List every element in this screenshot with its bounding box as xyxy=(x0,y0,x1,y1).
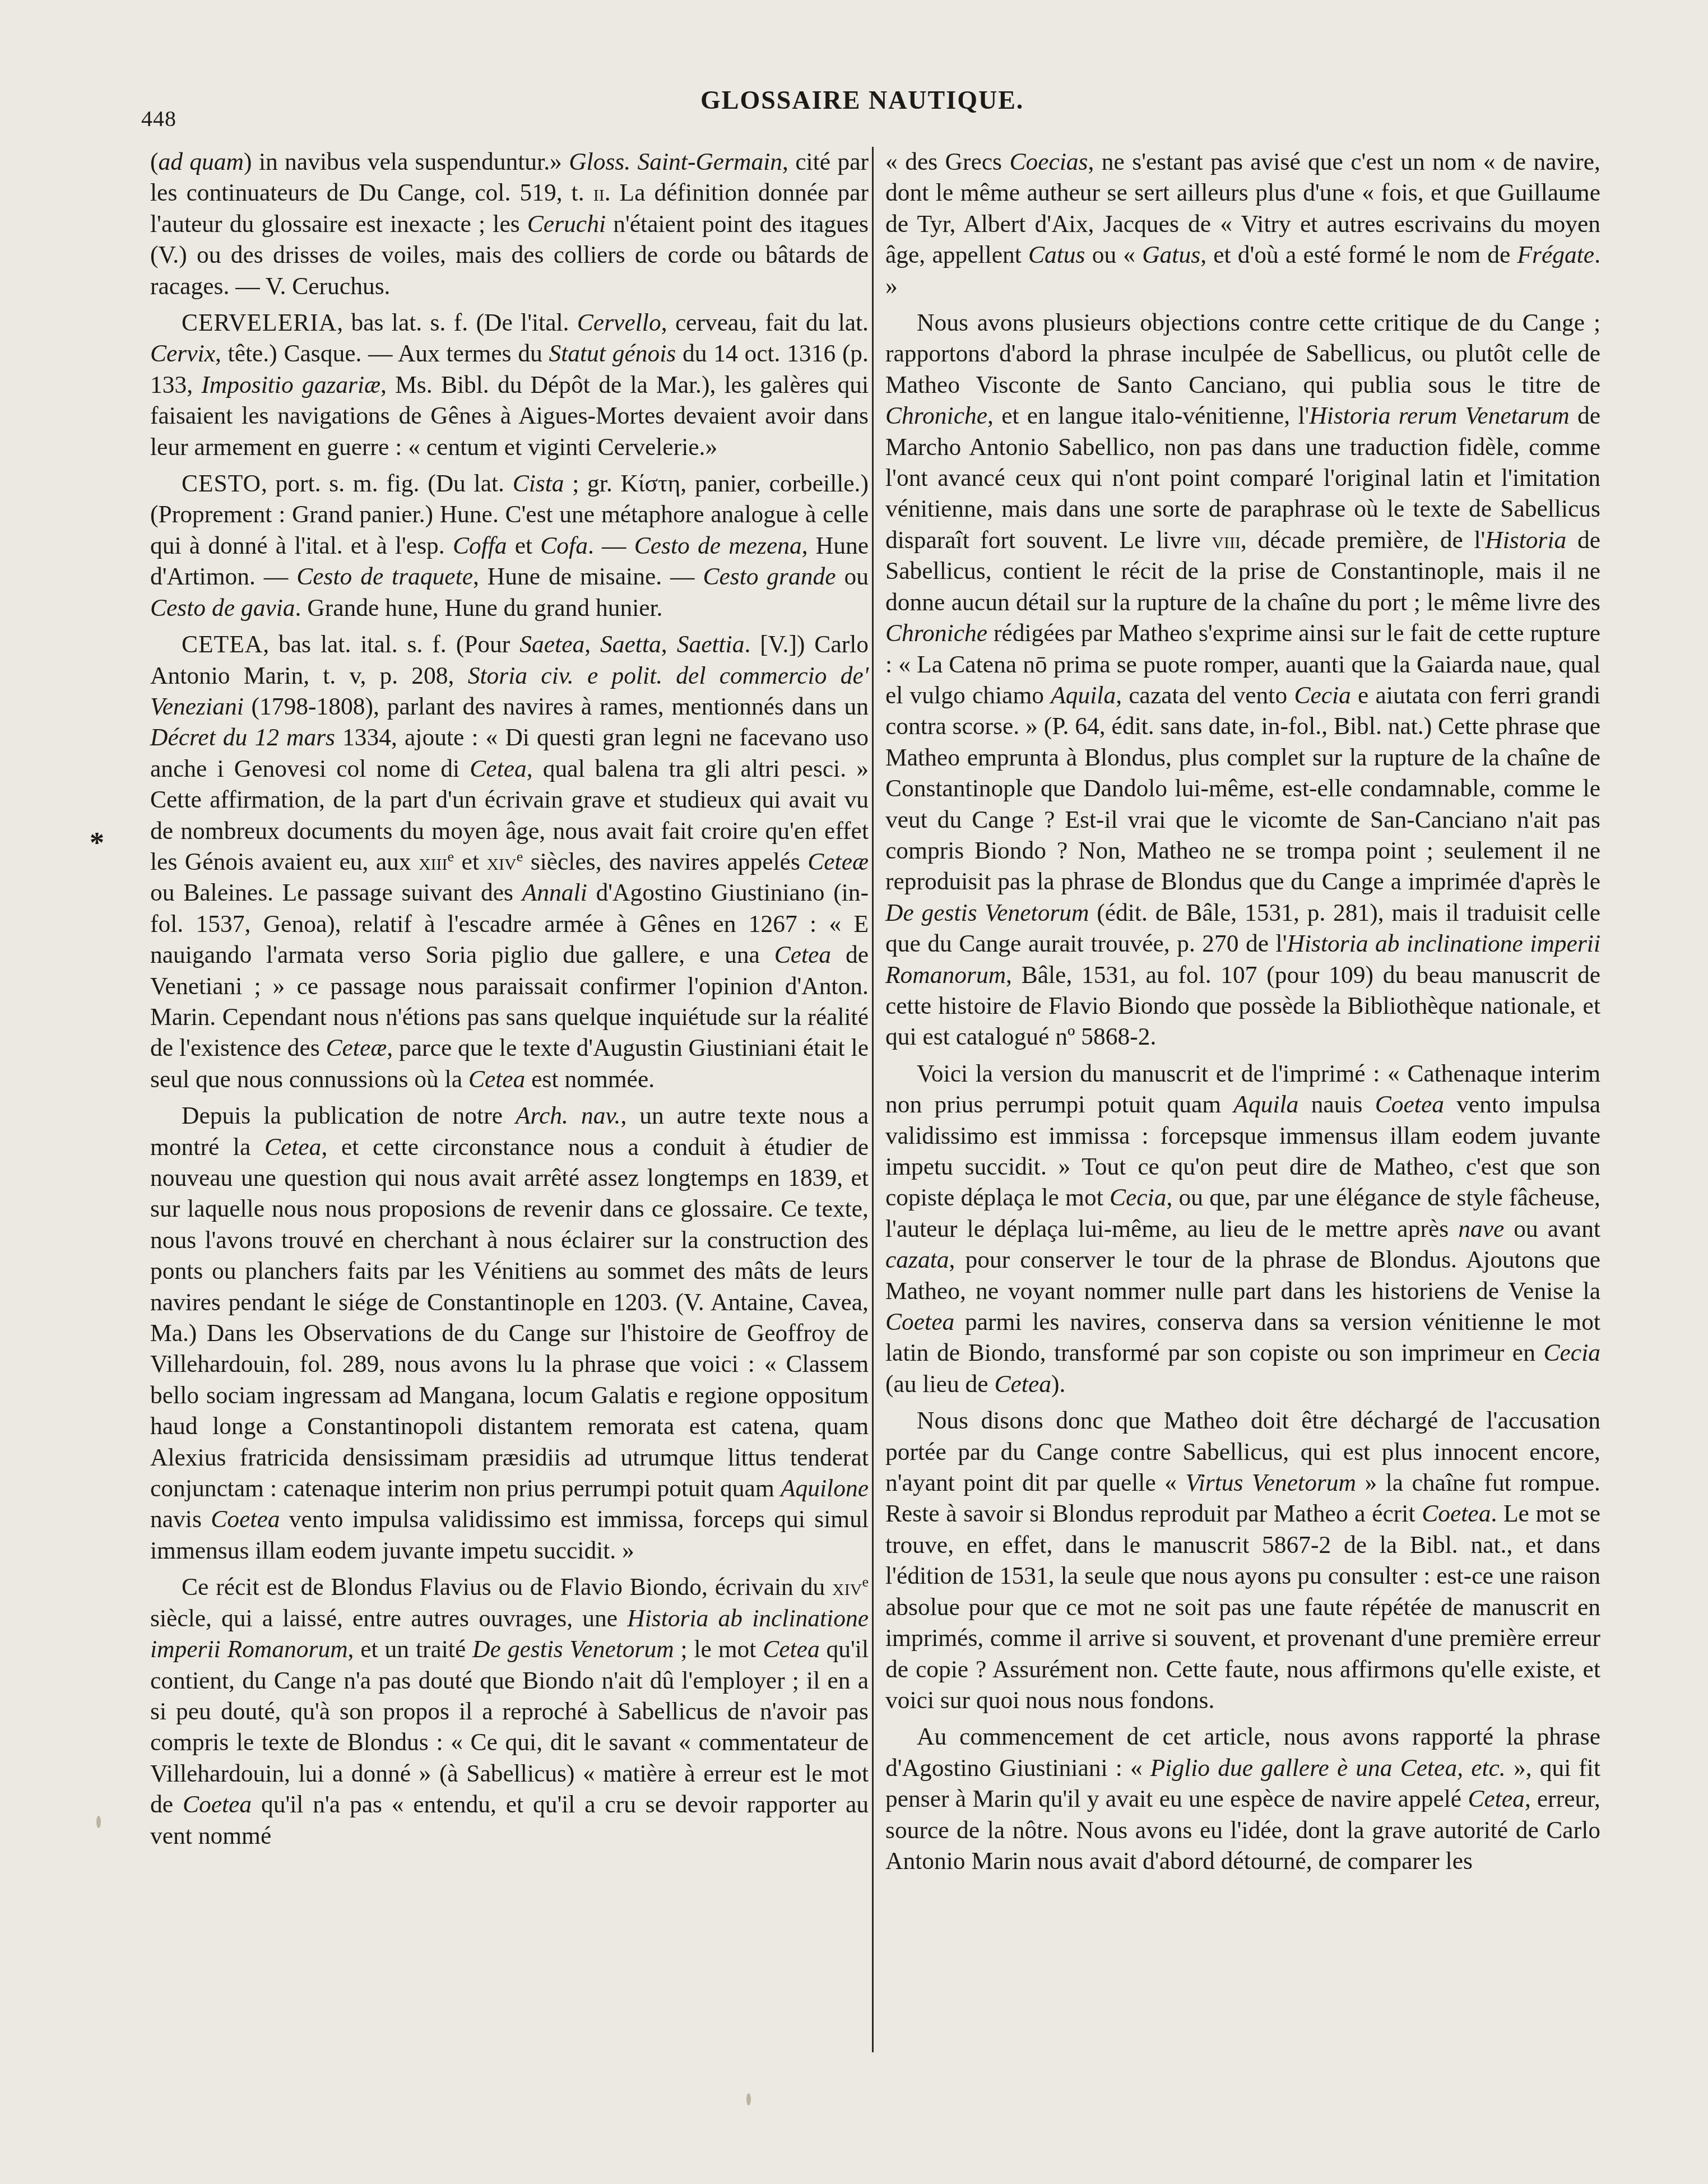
paragraph-voici: Voici la version du manuscrit et de l'im… xyxy=(885,1059,1600,1400)
paragraph-disons: Nous disons donc que Matheo doit être dé… xyxy=(885,1406,1600,1716)
paper-stain xyxy=(746,2093,751,2106)
entry-cerveleria: CERVELERIA, bas lat. s. f. (De l'ital. C… xyxy=(150,308,869,463)
headword: CESTO xyxy=(182,470,261,497)
headword: CERVELERIA xyxy=(182,309,337,336)
page-number: 448 xyxy=(141,105,177,132)
entry-cesto: CESTO, port. s. m. fig. (Du lat. Cista ;… xyxy=(150,469,869,624)
paragraph-nous-avons: Nous avons plusieurs objections contre c… xyxy=(885,308,1600,1053)
running-head: GLOSSAIRE NAUTIQUE. xyxy=(700,85,1024,115)
paragraph-commencement: Au commencement de cet article, nous avo… xyxy=(885,1722,1600,1877)
right-column: « des Grecs Coecias, ne s'estant pas avi… xyxy=(885,147,1600,1882)
paragraph-depuis: Depuis la publication de notre Arch. nav… xyxy=(150,1101,869,1566)
margin-asterisk: * xyxy=(90,827,104,860)
paragraph-recit: Ce récit est de Blondus Flavius ou de Fl… xyxy=(150,1572,869,1852)
headword: CETEA xyxy=(182,631,263,658)
column-rule xyxy=(872,147,874,2052)
left-column: (ad quam) in navibus vela suspenduntur.»… xyxy=(150,147,869,1857)
paragraph-continuation: (ad quam) in navibus vela suspenduntur.»… xyxy=(150,147,869,302)
paragraph-quote-continuation: « des Grecs Coecias, ne s'estant pas avi… xyxy=(885,147,1600,302)
entry-cetea: CETEA, bas lat. ital. s. f. (Pour Saetea… xyxy=(150,629,869,1095)
paper-stain xyxy=(96,1816,101,1828)
